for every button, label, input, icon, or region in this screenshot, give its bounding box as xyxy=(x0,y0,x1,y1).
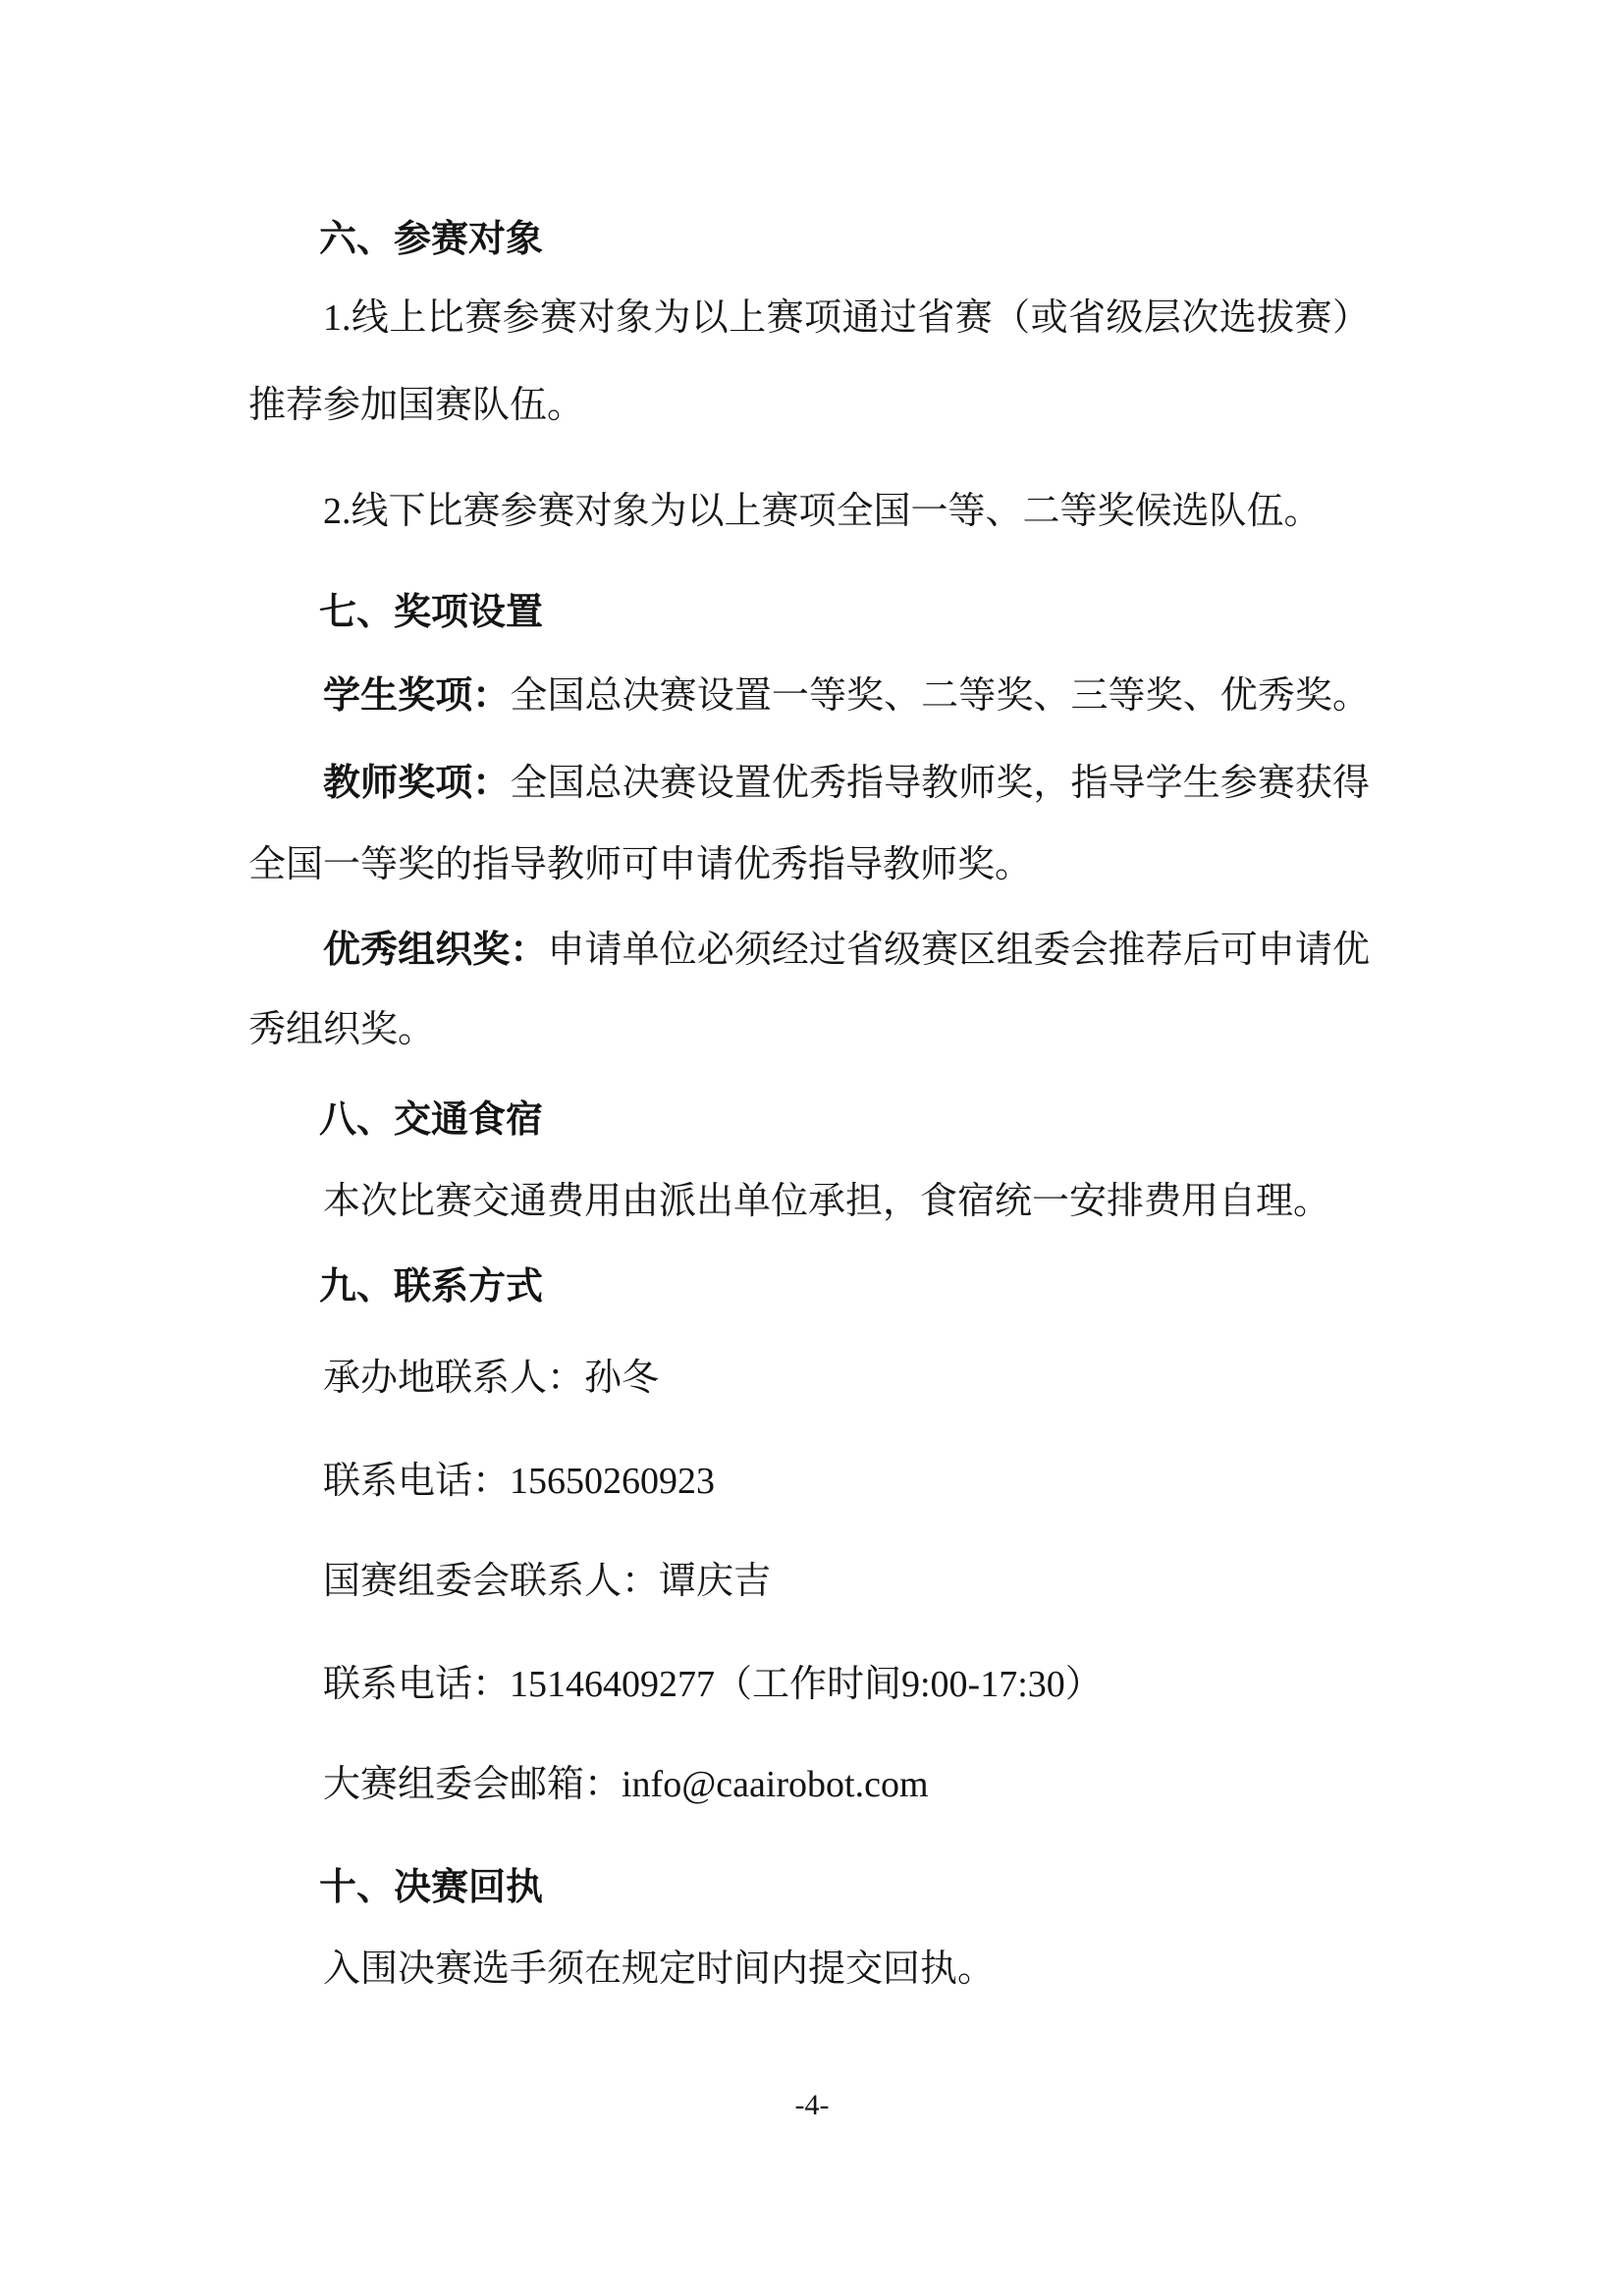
contact-email: 大赛组委会邮箱：info@caairobot.com xyxy=(323,1766,929,1803)
teacher-awards-text: 全国总决赛设置优秀指导教师奖，指导学生参赛获得 xyxy=(510,763,1370,804)
paragraph-receipt: 入围决赛选手须在规定时间内提交回执。 xyxy=(323,1950,995,1988)
contact-national-person: 国赛组委会联系人：谭庆吉 xyxy=(323,1563,771,1600)
section-heading-awards: 七、奖项设置 xyxy=(319,594,543,631)
section-heading-participants: 六、参赛对象 xyxy=(319,221,543,258)
paragraph-organization-award-line-1: 优秀组织奖：申请单位必须经过省级赛区组委会推荐后可申请优 xyxy=(248,932,1370,969)
section-heading-receipt: 十、决赛回执 xyxy=(319,1869,543,1906)
paragraph-transport: 本次比赛交通费用由派出单位承担，食宿统一安排费用自理。 xyxy=(323,1183,1330,1220)
contact-host-person: 承办地联系人：孙冬 xyxy=(323,1360,659,1397)
document-page: 六、参赛对象 1.线上比赛参赛对象为以上赛项通过省赛（或省级层次选拔赛） 推荐参… xyxy=(0,0,1624,2296)
section-heading-contact: 九、联系方式 xyxy=(319,1268,543,1306)
contact-national-phone: 联系电话：15146409277（工作时间9:00-17:30） xyxy=(323,1666,1103,1703)
student-awards-text: 全国总决赛设置一等奖、二等奖、三等奖、优秀奖。 xyxy=(510,675,1370,717)
student-awards-label: 学生奖项： xyxy=(323,675,510,717)
paragraph-online-participants-line-1: 1.线上比赛参赛对象为以上赛项通过省赛（或省级层次选拔赛） xyxy=(248,299,1370,337)
section-heading-transport: 八、交通食宿 xyxy=(319,1101,543,1139)
paragraph-student-awards: 学生奖项：全国总决赛设置一等奖、二等奖、三等奖、优秀奖。 xyxy=(248,677,1370,715)
organization-award-text: 申请单位必须经过省级赛区组委会推荐后可申请优 xyxy=(547,930,1370,971)
teacher-awards-label: 教师奖项： xyxy=(323,763,510,804)
contact-host-phone: 联系电话：15650260923 xyxy=(323,1463,715,1500)
paragraph-organization-award-line-2: 秀组织奖。 xyxy=(248,1011,435,1048)
paragraph-teacher-awards-line-2: 全国一等奖的指导教师可申请优秀指导教师奖。 xyxy=(248,846,1032,883)
page-number: -4- xyxy=(0,2091,1624,2120)
paragraph-offline-participants: 2.线下比赛参赛对象为以上赛项全国一等、二等奖候选队伍。 xyxy=(323,493,1322,530)
paragraph-teacher-awards-line-1: 教师奖项：全国总决赛设置优秀指导教师奖，指导学生参赛获得 xyxy=(248,765,1370,802)
organization-award-label: 优秀组织奖： xyxy=(323,930,547,971)
paragraph-online-participants-line-2: 推荐参加国赛队伍。 xyxy=(248,387,584,424)
